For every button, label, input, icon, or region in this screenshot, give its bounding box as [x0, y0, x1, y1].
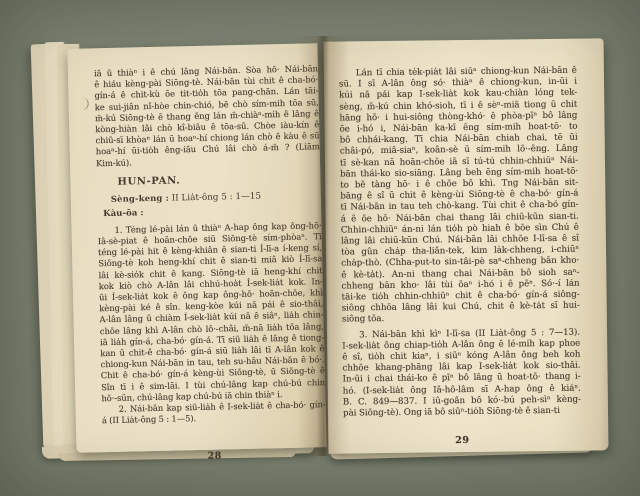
lesson-paragraph-1: 1. Téng lé-pài lán ū thiàⁿ A-hap ông kap…: [97, 220, 325, 404]
pen-mark: [81, 97, 89, 111]
left-page-text-column: iā ū thiàⁿ i ê chú lâng Nái-bān. Sòa hō·…: [94, 63, 326, 426]
right-page: Lán tī chia te̍k-pia̍t lâi siūⁿ chiong-k…: [323, 38, 608, 453]
scripture-label: Sèng-keng :: [111, 192, 169, 203]
open-book: iā ū thiàⁿ i ê chú lâng Nái-bān. Sòa hō·…: [0, 0, 640, 496]
body-paragraph: Lán tī chia te̍k-pia̍t lâi siūⁿ chiong-k…: [339, 66, 580, 327]
lesson-paragraph-2: 2. Nái-bān kap siū-lia̍h ê I-sek-lia̍t ê…: [102, 399, 326, 426]
text-line: pài Siōng-tè). Ông iā bô siūⁿ-tio̍h Siōn…: [343, 406, 581, 420]
lesson-paragraph-3: 3. Nái-bān khì kìⁿ Í-lī-sa (II Lia̍t-ông…: [342, 327, 581, 420]
left-page: iā ū thiàⁿ i ê chú lâng Nái-bān. Sòa hō·…: [67, 43, 326, 453]
scripture-reference-line: Sèng-keng : II Lia̍t-ông 5 : 1—15: [111, 189, 321, 205]
page-number-left: 28: [103, 448, 327, 464]
page-number-right: 29: [343, 434, 581, 448]
section-heading: HUN-PAN.: [117, 171, 320, 189]
lesson-section-label: Kàu-ōa :: [103, 204, 321, 219]
scripture-reference: II Lia̍t-ông 5 : 1—15: [172, 191, 262, 203]
photo-background: iā ū thiàⁿ i ê chú lâng Nái-bān. Sòa hō·…: [0, 0, 640, 496]
right-page-text-column: Lán tī chia te̍k-pia̍t lâi siūⁿ chiong-k…: [339, 66, 581, 420]
text-line: siông tōa.: [342, 312, 580, 326]
intro-paragraph: iā ū thiàⁿ i ê chú lâng Nái-bān. Sòa hō·…: [94, 63, 320, 169]
